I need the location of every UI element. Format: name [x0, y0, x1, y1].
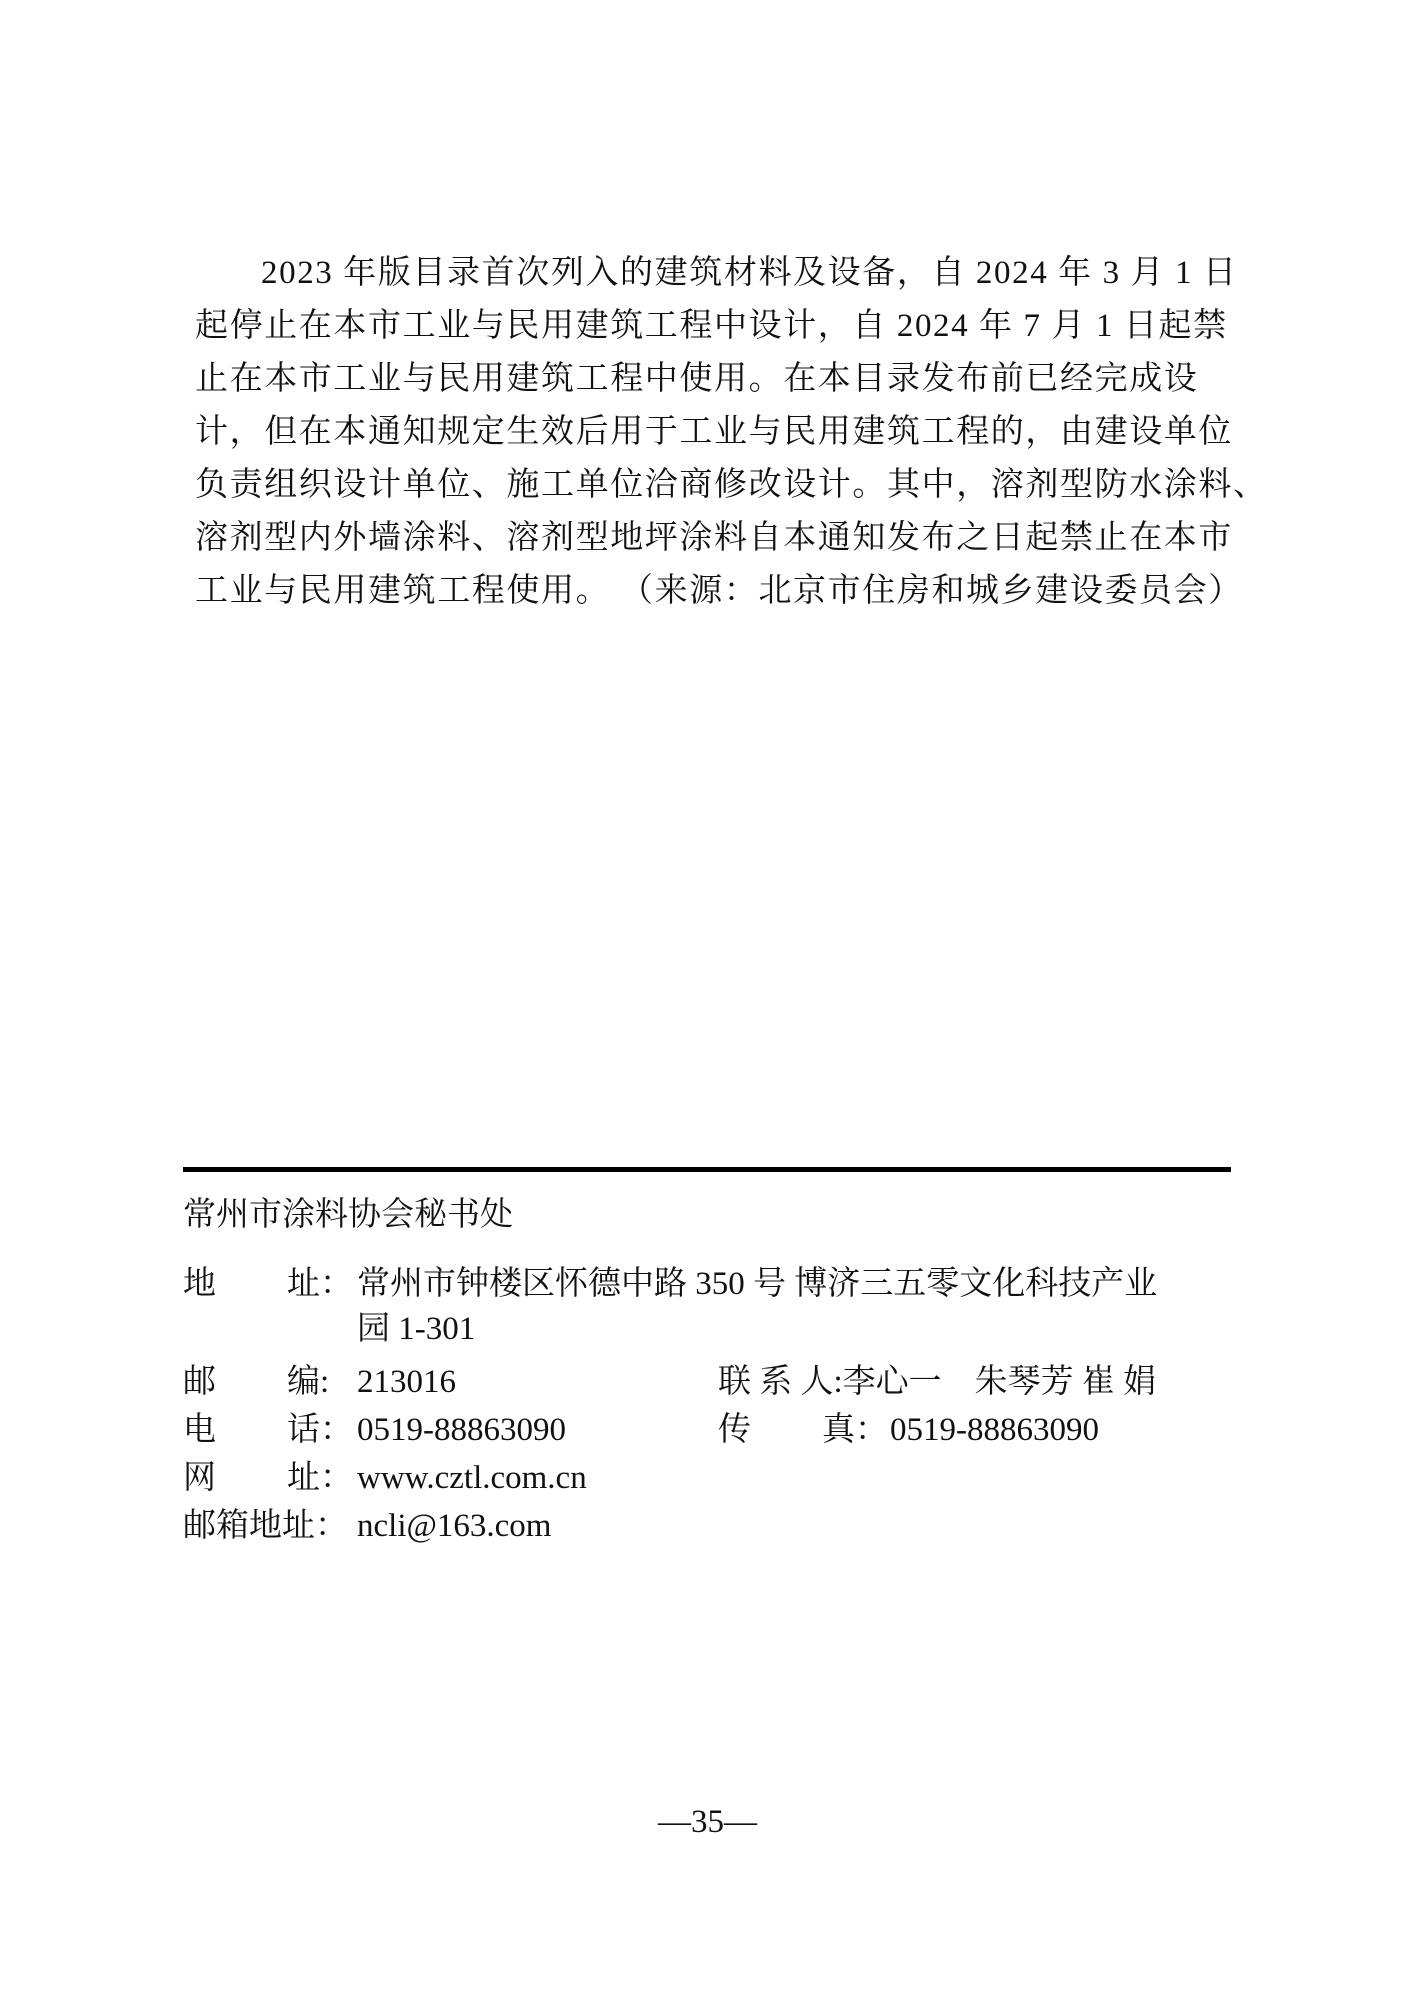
contact-row: 联 系 人:李心一 朱琴芳 崔 娟	[718, 1360, 1156, 1404]
address-row: 地址：常州市钟楼区怀德中路 350 号 博济三五零文化科技产业	[183, 1262, 1157, 1306]
contact-value: 李心一 朱琴芳 崔 娟	[843, 1364, 1157, 1400]
paragraph-line: 负责组织设计单位、施工单位洽商修改设计。其中，溶剂型防水涂料、	[195, 459, 1235, 512]
paragraph-line: 止在本市工业与民用建筑工程中使用。在本目录发布前已经完成设	[195, 353, 1235, 406]
fax-value: 0519-88863090	[890, 1412, 1099, 1448]
footer-divider	[183, 1167, 1231, 1172]
paragraph-line: 计，但在本通知规定生效后用于工业与民用建筑工程的，由建设单位	[195, 406, 1235, 459]
address-row-continued: 园 1-301	[357, 1307, 475, 1351]
contact-label: 联 系 人:	[718, 1364, 843, 1400]
notice-paragraph: 2023 年版目录首次列入的建筑材料及设备，自 2024 年 3 月 1 日 起…	[195, 247, 1235, 618]
postcode-value: 213016	[357, 1364, 456, 1400]
page-number: —35—	[0, 1800, 1415, 1844]
paragraph-line: 工业与民用建筑工程使用。 （来源：北京市住房和城乡建设委员会）	[195, 565, 1235, 618]
address-value-line2: 园 1-301	[357, 1311, 475, 1347]
paragraph-line: 起停止在本市工业与民用建筑工程中设计，自 2024 年 7 月 1 日起禁	[195, 300, 1235, 353]
email-link[interactable]: ncli@163.com	[357, 1508, 551, 1544]
phone-label: 电话：	[183, 1408, 357, 1452]
website-row: 网址：www.cztl.com.cn	[183, 1456, 587, 1500]
paragraph-line: 2023 年版目录首次列入的建筑材料及设备，自 2024 年 3 月 1 日	[195, 247, 1235, 300]
website-link[interactable]: www.cztl.com.cn	[357, 1460, 587, 1496]
paragraph-line: 溶剂型内外墙涂料、溶剂型地坪涂料自本通知发布之日起禁止在本市	[195, 512, 1235, 565]
phone-value: 0519-88863090	[357, 1412, 566, 1448]
email-label: 邮箱地址：	[183, 1504, 357, 1548]
fax-row: 传真：0519-88863090	[718, 1408, 1099, 1452]
address-label: 地址：	[183, 1262, 357, 1306]
org-name: 常州市涂料协会秘书处	[183, 1192, 513, 1236]
website-label: 网址：	[183, 1456, 357, 1500]
postcode-label: 邮编:	[183, 1360, 357, 1404]
email-row: 邮箱地址：ncli@163.com	[183, 1504, 551, 1548]
postcode-row: 邮编:213016	[183, 1360, 456, 1404]
address-value: 常州市钟楼区怀德中路 350 号 博济三五零文化科技产业	[357, 1266, 1157, 1302]
fax-label: 传真：	[718, 1408, 890, 1452]
phone-row: 电话：0519-88863090	[183, 1408, 566, 1452]
